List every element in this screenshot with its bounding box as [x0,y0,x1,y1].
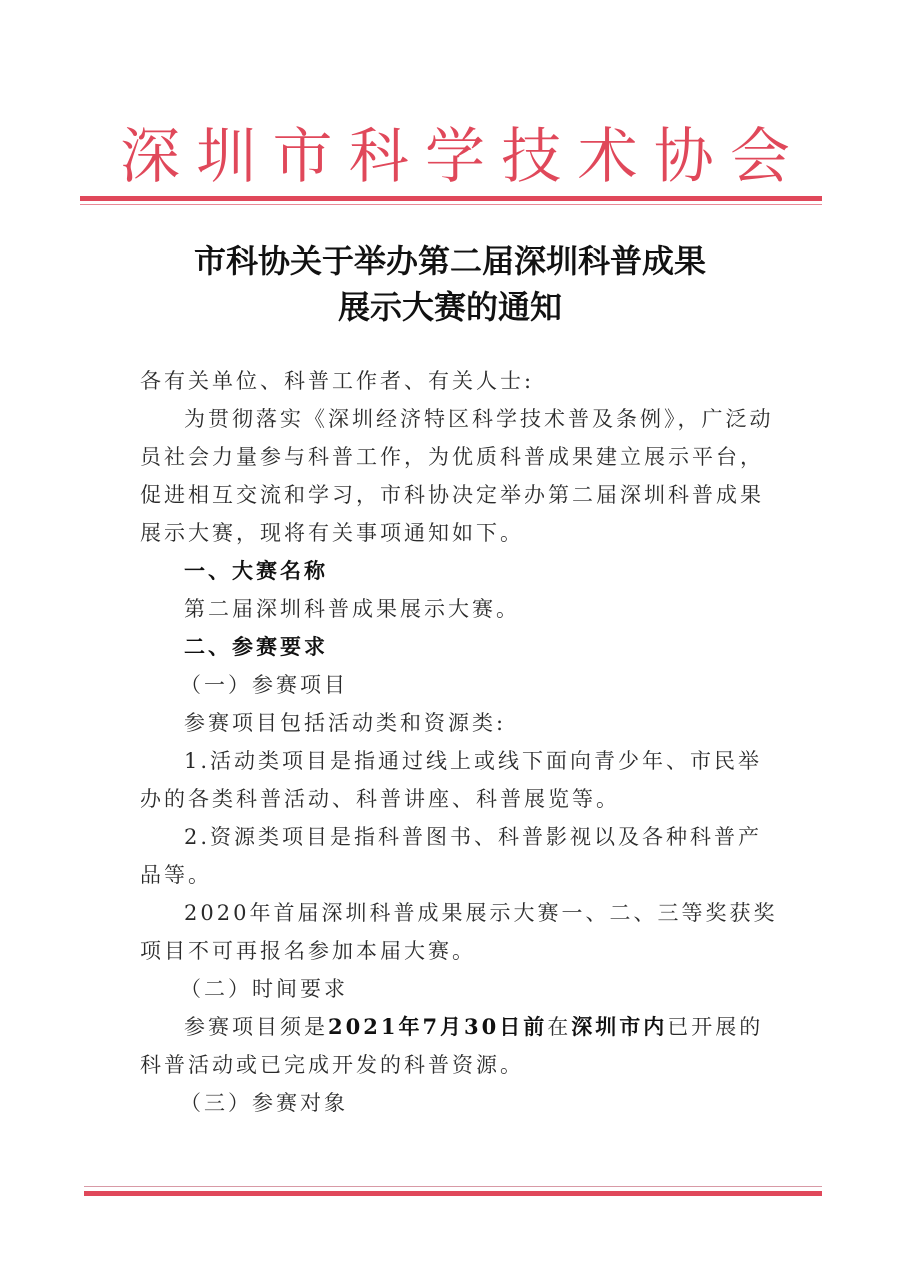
letterhead-char: 技 [501,109,561,195]
subsection-heading-2: （二）时间要求 [140,970,780,1008]
header-divider-thick [80,196,822,201]
letterhead-char: 市 [273,109,333,195]
letterhead-char: 学 [425,109,485,195]
document-title: 市科协关于举办第二届深圳科普成果 展示大赛的通知 [0,238,900,330]
letterhead-char: 会 [730,109,790,195]
letterhead-char: 协 [654,109,714,195]
letterhead-char: 深 [120,109,180,195]
salutation: 各有关单位、科普工作者、有关人士: [140,362,780,400]
letterhead-char: 术 [578,109,638,195]
section-1-text: 第二届深圳科普成果展示大赛。 [140,590,780,628]
letterhead-char: 圳 [196,109,256,195]
title-line-1: 市科协关于举办第二届深圳科普成果 [0,238,900,284]
list-item-1: 1.活动类项目是指通过线上或线下面向青少年、市民举办的各类科普活动、科普讲座、科… [140,742,780,818]
eligibility-note: 2020年首届深圳科普成果展示大赛一、二、三等奖获奖项目不可再报名参加本届大赛。 [140,894,780,970]
subsection-heading-3: （三）参赛对象 [140,1084,780,1122]
letterhead-org-name: 深 圳 市 科 学 技 术 协 会 [120,112,790,192]
list-item-2: 2.资源类项目是指科普图书、科普影视以及各种科普产品等。 [140,818,780,894]
title-line-2: 展示大赛的通知 [0,284,900,330]
subsection-1-lead: 参赛项目包括活动类和资源类: [140,704,780,742]
time-requirement-text: 参赛项目须是2021年7月30日前在深圳市内已开展的科普活动或已完成开发的科普资… [140,1008,780,1084]
document-body: 各有关单位、科普工作者、有关人士: 为贯彻落实《深圳经济特区科学技术普及条例》，… [140,362,780,1122]
intro-paragraph: 为贯彻落实《深圳经济特区科学技术普及条例》，广泛动员社会力量参与科普工作，为优质… [140,400,780,552]
location-highlight: 深圳市内 [571,1014,667,1039]
deadline-date: 2021年7月30日前 [328,1014,547,1039]
header-divider-thin [80,204,822,205]
footer-divider-thin [84,1186,822,1187]
section-heading-2: 二、参赛要求 [140,628,780,666]
time-text-before: 参赛项目须是 [184,1015,328,1039]
footer-divider-thick [84,1191,822,1196]
section-heading-1: 一、大赛名称 [140,552,780,590]
letterhead-char: 科 [349,109,409,195]
subsection-heading-1: （一）参赛项目 [140,666,780,704]
time-text-mid: 在 [547,1015,571,1039]
